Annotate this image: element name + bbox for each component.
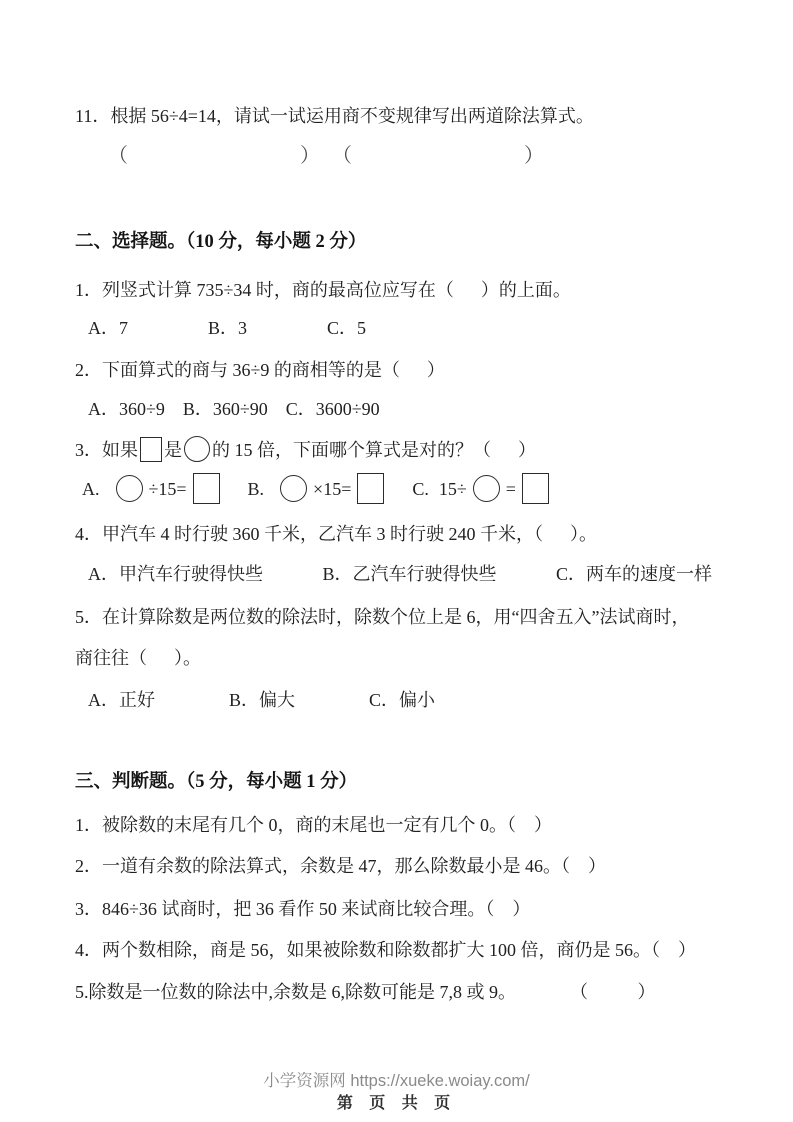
section-judge-title-text: 三、判断题。（5 分，每小题 1 分） — [75, 772, 357, 792]
square-placeholder-icon — [522, 473, 549, 504]
judge-q1-text: 1．被除数的末尾有几个 0，商的末尾也一定有几个 0。（ ） — [75, 815, 552, 835]
judge-q3: 3．846÷36 试商时，把 36 看作 50 来试商比较合理。（ ） — [75, 896, 530, 922]
choice-q5-option-a: A．正好 — [88, 687, 155, 713]
choice-q3-options: A. ÷15= B. ×15= C. 15÷ = — [82, 473, 549, 504]
circle-placeholder-icon — [280, 475, 307, 502]
choice-q4: 4．甲汽车 4 时行驶 360 千米，乙汽车 3 时行驶 240 千米，（ ）。 — [75, 521, 597, 547]
judge-q2: 2．一道有余数的除法算式，余数是 47，那么除数最小是 46。（ ） — [75, 853, 606, 879]
choice-q3-option-a: A. ÷15= — [82, 473, 220, 504]
choice-q2-options: A．360÷9 B．360÷90 C．3600÷90 — [88, 396, 380, 422]
choice-q3-text-part2: 是 — [164, 440, 182, 460]
choice-q5-option-c: C．偏小 — [369, 687, 435, 713]
choice-q5-options: A．正好 B．偏大 C．偏小 — [88, 687, 435, 713]
judge-q5-text: 5.除数是一位数的除法中,余数是 6,除数可能是 7,8 或 9。 （ ） — [75, 982, 656, 1002]
choice-q3-option-b: B. ×15= — [248, 473, 385, 504]
choice-q3: 3．如果是的 15 倍，下面哪个算式是对的？（ ） — [75, 436, 536, 463]
square-placeholder-icon — [357, 473, 384, 504]
worksheet-page: 11．根据 56÷4=14，请试一试运用商不变规律写出两道除法算式。 （）（） … — [0, 0, 793, 1122]
choice-q2-option-a: A．360÷9 — [88, 396, 165, 422]
footer-page-text: 第 页 共 页 — [337, 1095, 456, 1112]
section-choice-title: 二、选择题。（10 分，每小题 2 分） — [75, 229, 366, 255]
question-11-answer-blanks: （）（） — [108, 143, 544, 169]
paren-open: （ — [332, 145, 352, 167]
square-placeholder-icon — [140, 437, 162, 462]
section-choice-title-text: 二、选择题。（10 分，每小题 2 分） — [75, 232, 366, 252]
option-mid-text: = — [506, 476, 516, 502]
choice-q3-text-part3: 的 15 倍，下面哪个算式是对的？（ ） — [212, 440, 536, 460]
option-mid-text: ÷15= — [149, 476, 187, 502]
circle-placeholder-icon — [184, 436, 210, 462]
choice-q1-option-c: C．5 — [327, 315, 366, 341]
choice-q5-text-line1: 5．在计算除数是两位数的除法时，除数个位上是 6，用“四舍五入”法试商时， — [75, 607, 689, 627]
choice-q2-option-b: B．360÷90 — [183, 396, 268, 422]
choice-q2: 2．下面算式的商与 36÷9 的商相等的是（ ） — [75, 357, 445, 383]
choice-q1: 1．列竖式计算 735÷34 时，商的最高位应写在（ ）的上面。 — [75, 277, 571, 303]
judge-q3-text: 3．846÷36 试商时，把 36 看作 50 来试商比较合理。（ ） — [75, 899, 530, 919]
paren-open: （ — [108, 145, 128, 167]
choice-q5-text-line2: 商往往（ ）。 — [75, 648, 201, 668]
choice-q1-option-b: B．3 — [208, 315, 247, 341]
choice-q4-option-a: A．甲汽车行驶得快些 — [88, 561, 263, 587]
option-mid-text: ×15= — [313, 476, 351, 502]
choice-q4-option-c: C．两车的速度一样 — [556, 561, 712, 587]
section-judge-title: 三、判断题。（5 分，每小题 1 分） — [75, 769, 357, 795]
choice-q4-text: 4．甲汽车 4 时行驶 360 千米，乙汽车 3 时行驶 240 千米，（ ）。 — [75, 524, 597, 544]
footer-page-label: 第 页 共 页 — [0, 1091, 793, 1117]
choice-q5-option-b: B．偏大 — [229, 687, 295, 713]
judge-q4: 4．两个数相除，商是 56，如果被除数和除数都扩大 100 倍，商仍是 56。（… — [75, 937, 696, 963]
choice-q2-option-c: C．3600÷90 — [286, 396, 380, 422]
option-label: A. — [82, 476, 100, 502]
question-11: 11．根据 56÷4=14，请试一试运用商不变规律写出两道除法算式。 — [75, 103, 594, 129]
option-label: C. — [412, 476, 429, 502]
choice-q5-line1: 5．在计算除数是两位数的除法时，除数个位上是 6，用“四舍五入”法试商时， — [75, 604, 689, 630]
circle-placeholder-icon — [473, 475, 500, 502]
choice-q4-option-b: B．乙汽车行驶得快些 — [322, 561, 496, 587]
choice-q4-options: A．甲汽车行驶得快些 B．乙汽车行驶得快些 C．两车的速度一样 — [88, 561, 712, 587]
choice-q3-option-c: C. 15÷ = — [412, 473, 549, 504]
answer-blank-2: （） — [332, 145, 544, 167]
judge-q5: 5.除数是一位数的除法中,余数是 6,除数可能是 7,8 或 9。 （ ） — [75, 979, 656, 1005]
question-11-text: 11．根据 56÷4=14，请试一试运用商不变规律写出两道除法算式。 — [75, 106, 594, 126]
choice-q1-text: 1．列竖式计算 735÷34 时，商的最高位应写在（ ）的上面。 — [75, 280, 571, 300]
square-placeholder-icon — [193, 473, 220, 504]
footer-site-text: 小学资源网 https://xueke.woiay.com/ — [263, 1072, 530, 1090]
choice-q1-option-a: A．7 — [88, 315, 128, 341]
judge-q2-text: 2．一道有余数的除法算式，余数是 47，那么除数最小是 46。（ ） — [75, 856, 606, 876]
circle-placeholder-icon — [116, 475, 143, 502]
paren-close: ） — [300, 145, 320, 167]
option-left-text: 15÷ — [439, 476, 467, 502]
choice-q2-text: 2．下面算式的商与 36÷9 的商相等的是（ ） — [75, 360, 445, 380]
answer-blank-1: （） — [108, 145, 320, 167]
option-label: B. — [248, 476, 265, 502]
judge-q1: 1．被除数的末尾有几个 0，商的末尾也一定有几个 0。（ ） — [75, 812, 552, 838]
judge-q4-text: 4．两个数相除，商是 56，如果被除数和除数都扩大 100 倍，商仍是 56。（… — [75, 940, 696, 960]
paren-close: ） — [524, 145, 544, 167]
choice-q3-text-part1: 3．如果 — [75, 440, 138, 460]
choice-q5-line2: 商往往（ ）。 — [75, 645, 201, 671]
choice-q1-options: A．7 B．3 C．5 — [88, 315, 366, 341]
